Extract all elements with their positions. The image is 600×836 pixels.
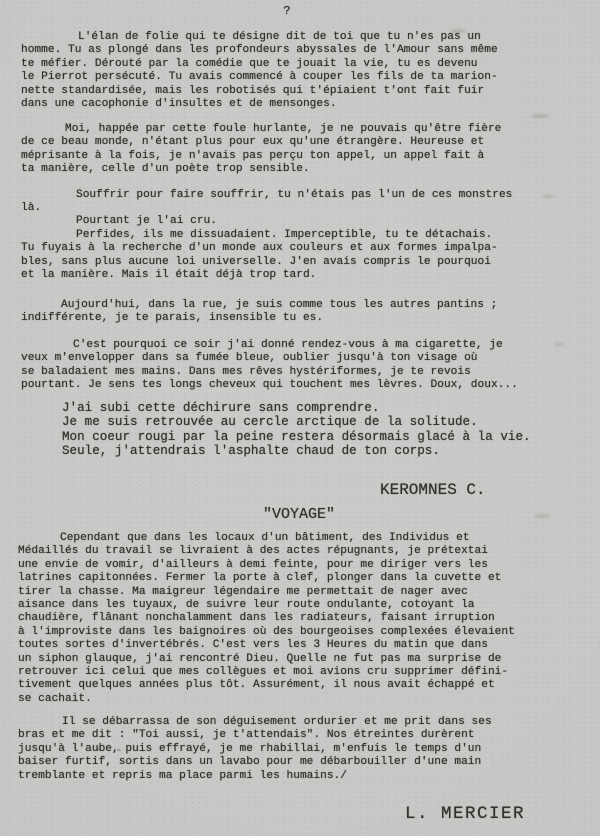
- paragraph-voyage-1: Cependant que dans les locaux d'un bâtim…: [18, 532, 515, 706]
- verse-block: J'ai subi cette déchirure sans comprendr…: [62, 401, 531, 458]
- scan-stain: [531, 114, 549, 118]
- scan-stain: [542, 195, 554, 198]
- signature-mercier: L. MERCIER: [405, 804, 525, 824]
- paragraph-perfides: Perfides, ils me dissuadaient. Impercept…: [21, 229, 498, 283]
- signature-keromnes: KEROMNES C.: [380, 481, 486, 499]
- paragraph-voyage-2: Il se débarrassa de son déguisement ordu…: [18, 716, 492, 783]
- scan-stain: [554, 343, 564, 346]
- paragraph-moi: Moi, happée par cette foule hurlante, je…: [21, 123, 501, 177]
- page-number: ?: [0, 5, 574, 18]
- paragraph-elan: L'élan de folie qui te désigne dit de to…: [21, 31, 498, 111]
- poem-title-voyage: "VOYAGE": [263, 506, 335, 523]
- scan-stain: [534, 514, 550, 518]
- paragraph-pourtant: Pourtant je l'ai cru.: [21, 215, 217, 228]
- paragraph-souffrir: Souffrir pour faire souffrir, tu n'étais…: [21, 189, 512, 216]
- paragraph-aujourdhui: Aujourd'hui, dans la rue, je suis comme …: [21, 299, 497, 326]
- paragraph-cigarette: C'est pourquoi ce soir j'ai donné rendez…: [21, 339, 518, 393]
- document-page: ? L'élan de folie qui te désigne dit de …: [0, 0, 600, 836]
